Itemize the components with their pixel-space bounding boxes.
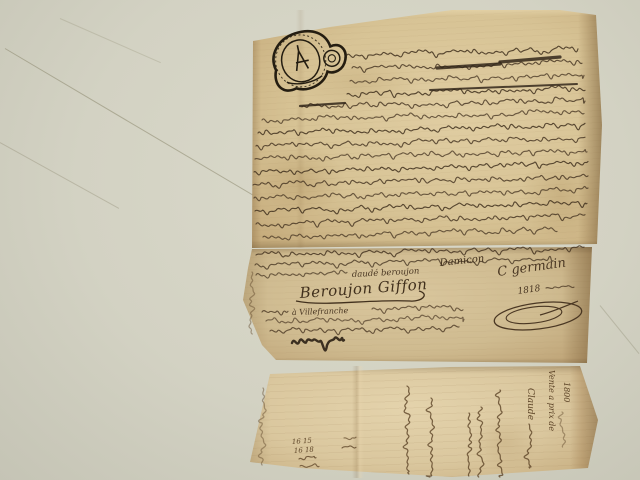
paper-stain	[520, 150, 600, 240]
scratch-mark	[60, 18, 161, 63]
scratch-mark	[5, 48, 260, 200]
scratch-mark	[0, 142, 119, 209]
paper-stain	[470, 415, 540, 470]
revenue-stamp-icon	[267, 24, 351, 95]
vertical-sale-amount: 1800	[562, 382, 571, 402]
scratch-mark	[600, 305, 640, 354]
place-note: à Villefranche	[292, 306, 349, 317]
signature-year: 1818	[517, 284, 541, 297]
handwriting-layer: Beroujon Giffon Damicon daudé beroujon à…	[0, 0, 640, 480]
archive-number: 16 18	[294, 446, 315, 455]
fold-crease	[296, 10, 305, 248]
paper-stain	[300, 55, 420, 110]
inline-name: daudé beroujon	[352, 265, 420, 280]
fold-crease	[352, 366, 364, 478]
signature-flourishes	[296, 291, 583, 334]
archive-number: 16 15	[292, 437, 313, 446]
party-name: Damicon	[438, 253, 485, 269]
vertical-sale-note: Vente a prix de	[547, 370, 556, 431]
vertical-signature-name: Claude	[525, 388, 535, 420]
manuscript-photo: Beroujon Giffon Damicon daudé beroujon à…	[0, 0, 640, 480]
paper-bottom-panel	[248, 364, 600, 480]
main-signature: Beroujon Giffon	[298, 275, 428, 302]
paper-middle-panel	[242, 245, 594, 365]
right-signature: C germain	[496, 256, 566, 280]
